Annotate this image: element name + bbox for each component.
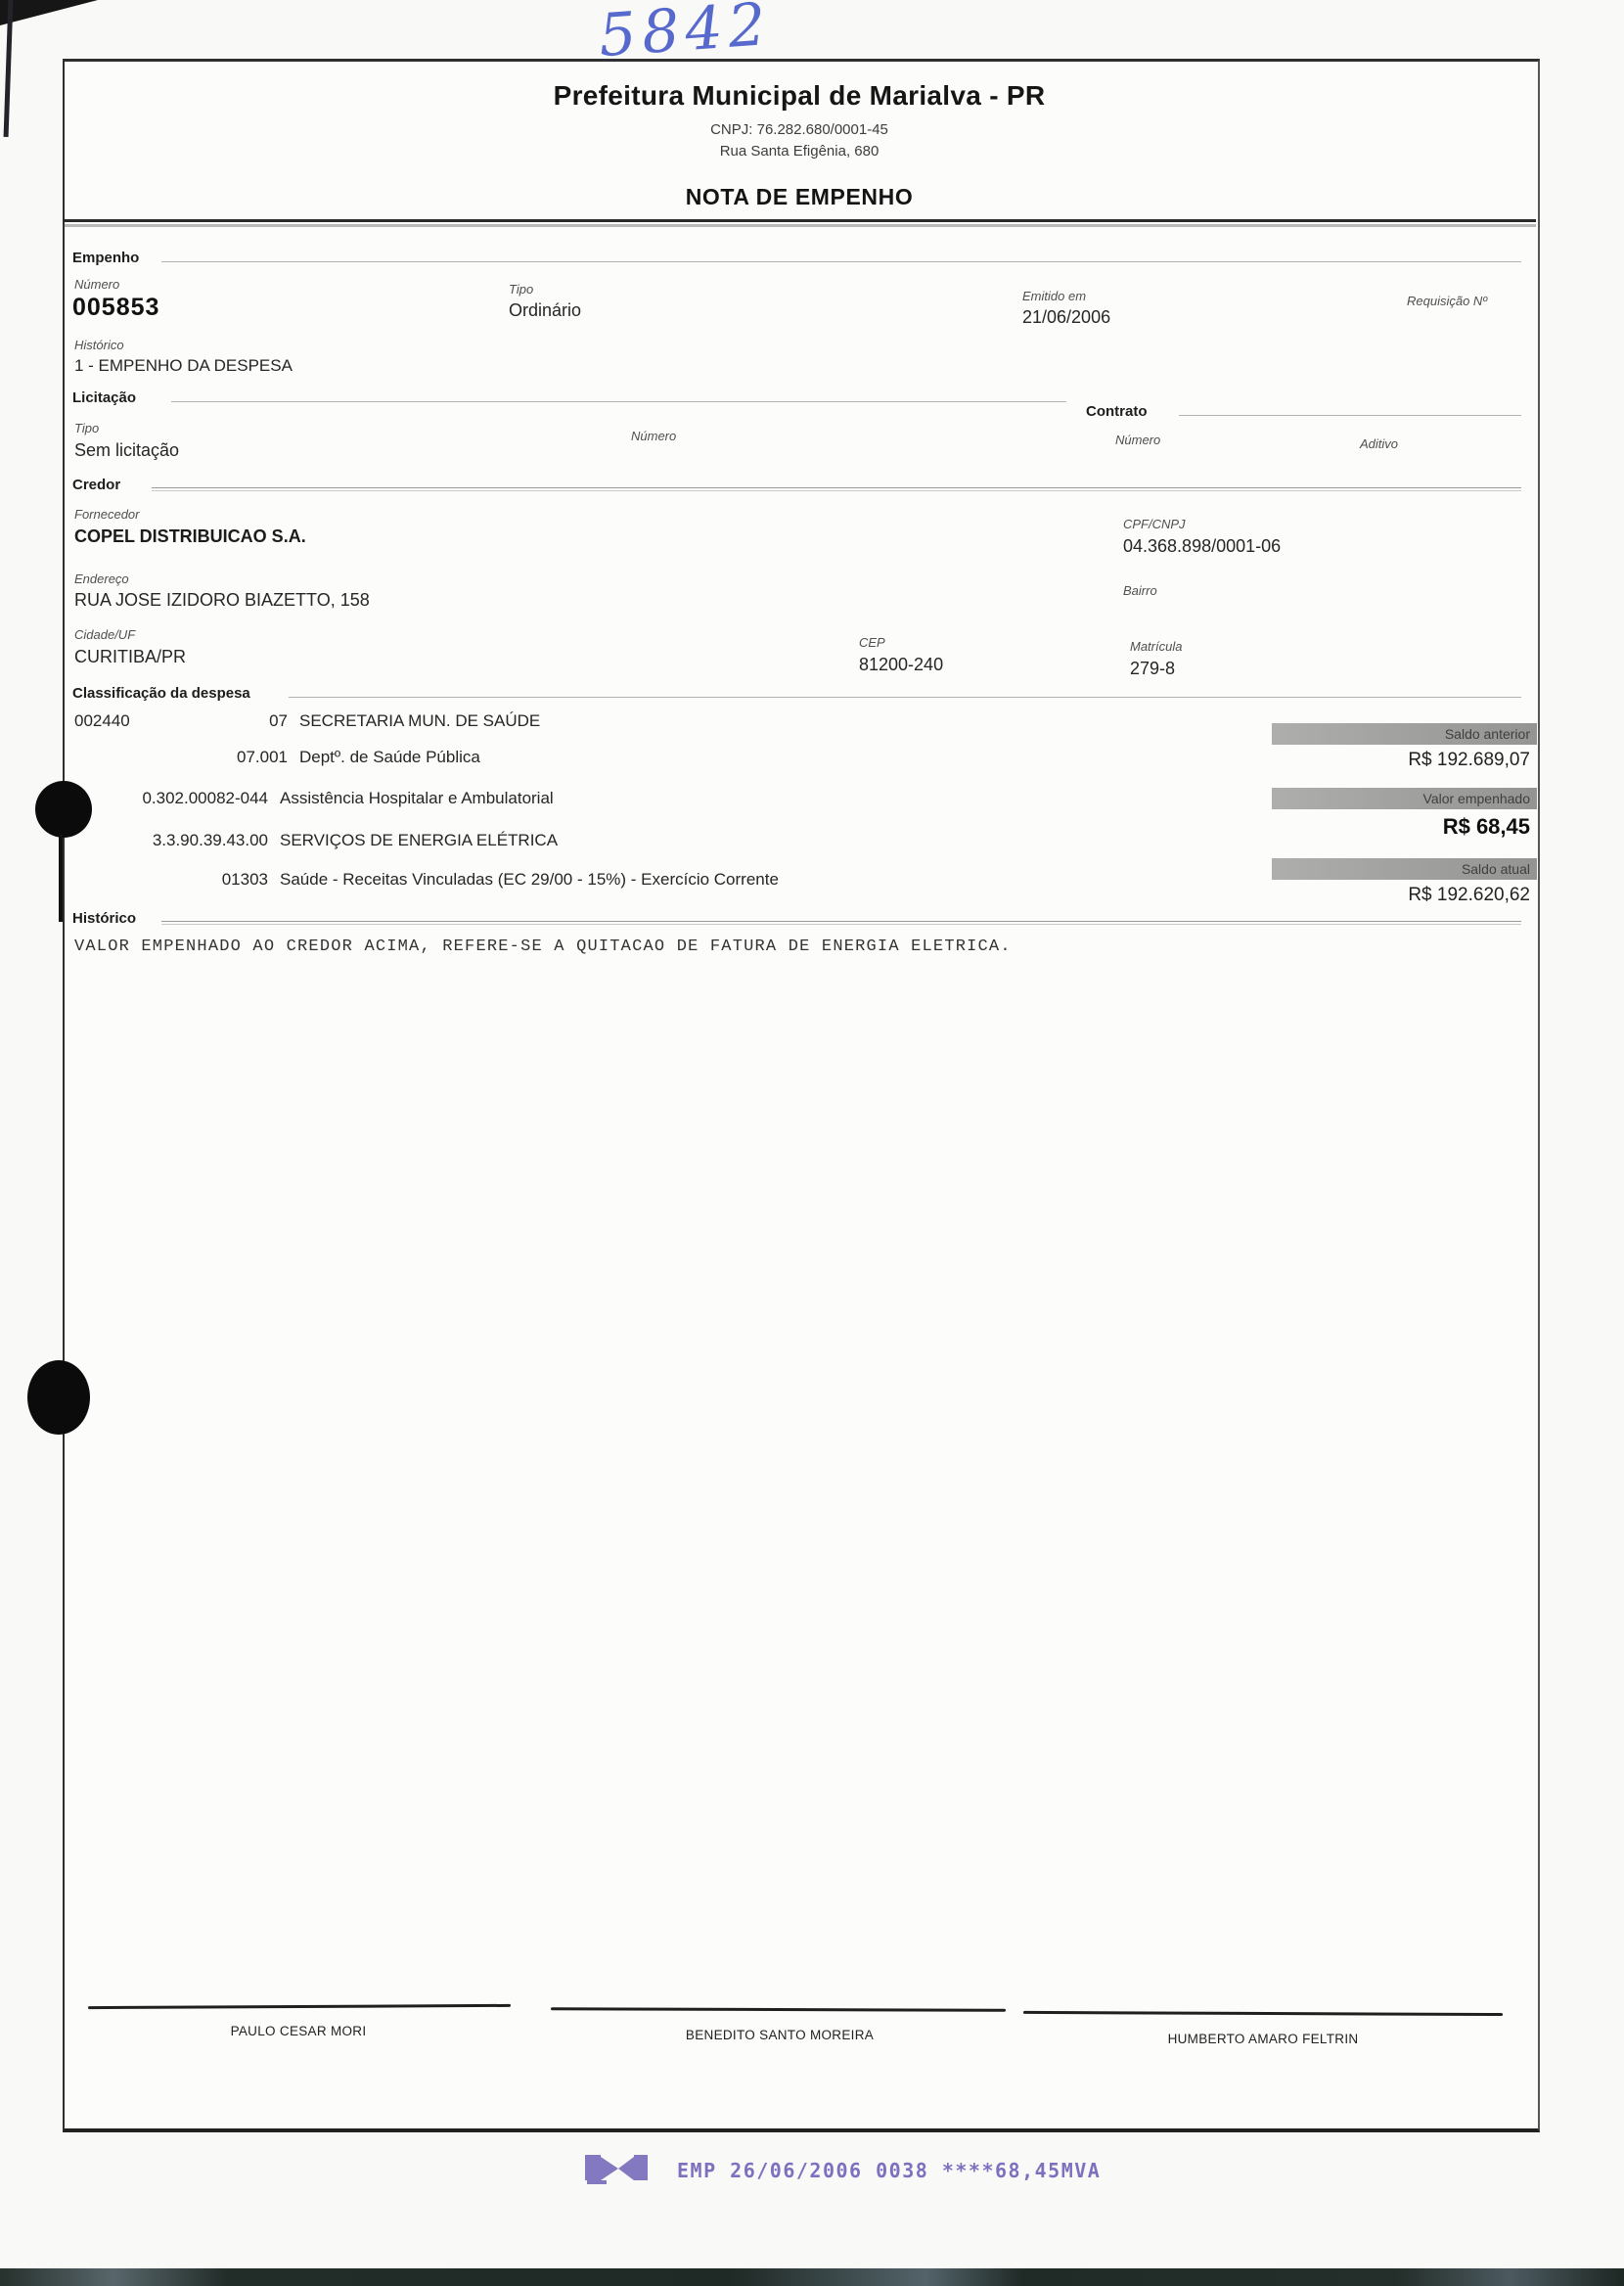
credor-cpf-cnpj: 04.368.898/0001-06: [1123, 536, 1281, 557]
saldo-anterior-bar: Saldo anterior: [1272, 723, 1537, 745]
valor-empenhado-value: R$ 68,45: [1272, 814, 1530, 840]
historico-label: Histórico: [74, 338, 124, 352]
empenho-historico: 1 - EMPENHO DA DESPESA: [74, 356, 293, 376]
credor-matricula: 279-8: [1130, 659, 1175, 679]
empenho-emitido-em: 21/06/2006: [1022, 307, 1110, 328]
signature-name: PAULO CESAR MORI: [152, 2024, 445, 2038]
scan-corner-artifact: [0, 0, 98, 25]
fornecedor-label: Fornecedor: [74, 507, 139, 522]
section-rule: [171, 401, 1066, 402]
empenho-tipo: Ordinário: [509, 300, 581, 321]
section-rule: [161, 921, 1521, 922]
empenho-numero: 005853: [72, 294, 159, 322]
org-address: Rua Santa Efigênia, 680: [63, 143, 1536, 160]
credor-fornecedor: COPEL DISTRIBUICAO S.A.: [74, 526, 306, 547]
classificacao-row-desc: Deptº. de Saúde Pública: [299, 748, 480, 767]
section-historico: Histórico: [72, 910, 136, 927]
stamp-logo-icon: [585, 2153, 650, 2186]
bairro-label: Bairro: [1123, 583, 1157, 598]
classificacao-row-desc: SERVIÇOS DE ENERGIA ELÉTRICA: [280, 831, 558, 850]
org-cnpj: CNPJ: 76.282.680/0001-45: [63, 121, 1536, 138]
classificacao-row-code: 07: [63, 711, 288, 731]
numero-label: Número: [74, 277, 119, 292]
licitacao-tipo-label: Tipo: [74, 421, 99, 435]
document-title: NOTA DE EMPENHO: [63, 184, 1536, 210]
scan-bottom-band: [0, 2268, 1624, 2286]
header-divider: [63, 219, 1536, 222]
credor-cep: 81200-240: [859, 655, 943, 675]
contrato-numero-label: Número: [1115, 433, 1160, 447]
section-empenho: Empenho: [72, 250, 139, 266]
classificacao-row-desc: Assistência Hospitalar e Ambulatorial: [280, 789, 554, 808]
cidade-uf-label: Cidade/UF: [74, 627, 135, 642]
classificacao-row-code: 3.3.90.39.43.00: [63, 831, 268, 850]
endereco-label: Endereço: [74, 571, 129, 586]
signature-name: HUMBERTO AMARO FELTRIN: [1116, 2032, 1410, 2046]
licitacao-tipo: Sem licitação: [74, 440, 179, 461]
historico-text: VALOR EMPENHADO AO CREDOR ACIMA, REFERE-…: [74, 937, 1493, 956]
section-credor: Credor: [72, 477, 120, 493]
matricula-label: Matrícula: [1130, 639, 1182, 654]
section-rule: [152, 487, 1521, 488]
cep-label: CEP: [859, 635, 885, 650]
section-rule: [1179, 415, 1521, 416]
requisicao-label: Requisição Nº: [1407, 294, 1487, 308]
contrato-aditivo-label: Aditivo: [1360, 436, 1398, 451]
tipo-label: Tipo: [509, 282, 533, 297]
classificacao-row-code: 0.302.00082-044: [63, 789, 268, 808]
section-licitacao: Licitação: [72, 389, 136, 406]
saldo-anterior-value: R$ 192.689,07: [1272, 750, 1530, 771]
emitido-em-label: Emitido em: [1022, 289, 1086, 303]
saldo-atual-value: R$ 192.620,62: [1272, 885, 1530, 906]
scanned-document-page: 5842 Prefeitura Municipal de Marialva - …: [0, 0, 1624, 2286]
cpf-cnpj-label: CPF/CNPJ: [1123, 517, 1186, 531]
hole-punch: [35, 781, 92, 838]
classificacao-row-code: 07.001: [63, 748, 288, 767]
section-rule: [289, 697, 1521, 698]
stamp-text: EMP 26/06/2006 0038 ****68,45MVA: [677, 2159, 1101, 2182]
hole-punch-smear: [59, 834, 63, 922]
credor-endereco: RUA JOSE IZIDORO BIAZETTO, 158: [74, 590, 370, 611]
classificacao-row-code: 01303: [63, 870, 268, 890]
section-rule: [161, 261, 1521, 262]
hole-punch: [27, 1360, 90, 1435]
saldo-atual-bar: Saldo atual: [1272, 858, 1537, 880]
credor-cidade-uf: CURITIBA/PR: [74, 647, 186, 667]
classificacao-row-desc: SECRETARIA MUN. DE SAÚDE: [299, 711, 540, 731]
signature-name: BENEDITO SANTO MOREIRA: [633, 2028, 926, 2042]
classificacao-row-desc: Saúde - Receitas Vinculadas (EC 29/00 - …: [280, 870, 779, 890]
licitacao-numero-label: Número: [631, 429, 676, 443]
org-title: Prefeitura Municipal de Marialva - PR: [63, 80, 1536, 112]
section-classificacao: Classificação da despesa: [72, 685, 250, 702]
section-contrato: Contrato: [1086, 403, 1148, 420]
valor-empenhado-bar: Valor empenhado: [1272, 788, 1537, 809]
